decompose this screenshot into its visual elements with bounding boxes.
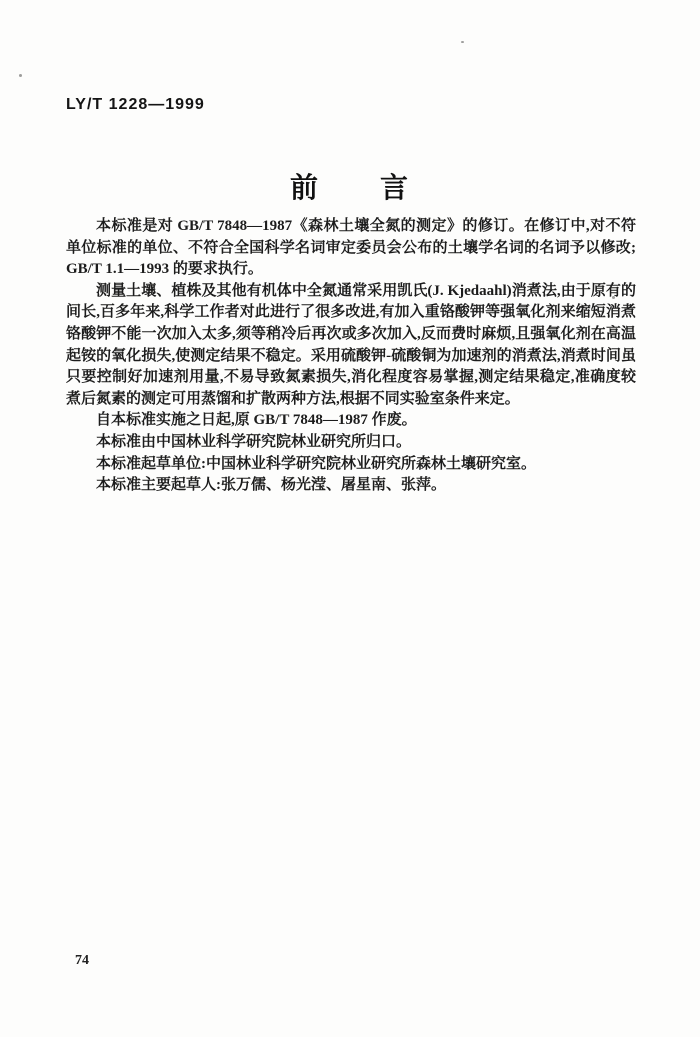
page-title: 前 言 [0, 166, 700, 206]
foreword-line: 本标准由中国林业科学研究院林业研究所归口。 [66, 432, 636, 454]
foreword-line: GB/T 1.1—1993 的要求执行。 [66, 259, 636, 281]
scanned-document-page: LY/T 1228—1999 前 言 本标准是对 GB/T 7848—1987《… [0, 0, 700, 1037]
scan-speck [19, 74, 22, 77]
foreword-line: 间长,百多年来,科学工作者对此进行了很多改进,有加入重铬酸钾等强氧化剂来缩短消煮… [66, 302, 636, 324]
foreword-line: 本标准是对 GB/T 7848—1987《森林土壤全氮的测定》的修订。在修订中,… [66, 216, 636, 238]
foreword-line: 起铵的氧化损失,使测定结果不稳定。采用硫酸钾-硫酸铜为加速剂的消煮法,消煮时间虽… [66, 346, 636, 368]
standard-code: LY/T 1228—1999 [66, 96, 205, 114]
foreword-line: 本标准主要起草人:张万儒、杨光滢、屠星南、张萍。 [66, 475, 636, 497]
foreword-body: 本标准是对 GB/T 7848—1987《森林土壤全氮的测定》的修订。在修订中,… [66, 216, 636, 497]
foreword-line: 铬酸钾不能一次加入太多,须等稍冷后再次或多次加入,反而费时麻烦,且强氧化剂在高温… [66, 324, 636, 346]
foreword-line: 自本标准实施之日起,原 GB/T 7848—1987 作废。 [66, 410, 636, 432]
foreword-line: 煮后氮素的测定可用蒸馏和扩散两种方法,根据不同实验室条件来定。 [66, 389, 636, 411]
foreword-line: 本标准起草单位:中国林业科学研究院林业研究所森林土壤研究室。 [66, 454, 636, 476]
scan-speck [612, 296, 615, 299]
foreword-line: 测量土壤、植株及其他有机体中全氮通常采用凯氏(J. Kjedaahl)消煮法,由… [66, 281, 636, 303]
foreword-line: 只要控制好加速剂用量,不易导致氮素损失,消化程度容易掌握,测定结果稳定,准确度较… [66, 367, 636, 389]
scan-speck [461, 41, 464, 43]
page-number: 74 [75, 953, 89, 969]
foreword-line: 单位标准的单位、不符合全国科学名词审定委员会公布的土壤学名词的名词予以修改;在编… [66, 238, 636, 260]
